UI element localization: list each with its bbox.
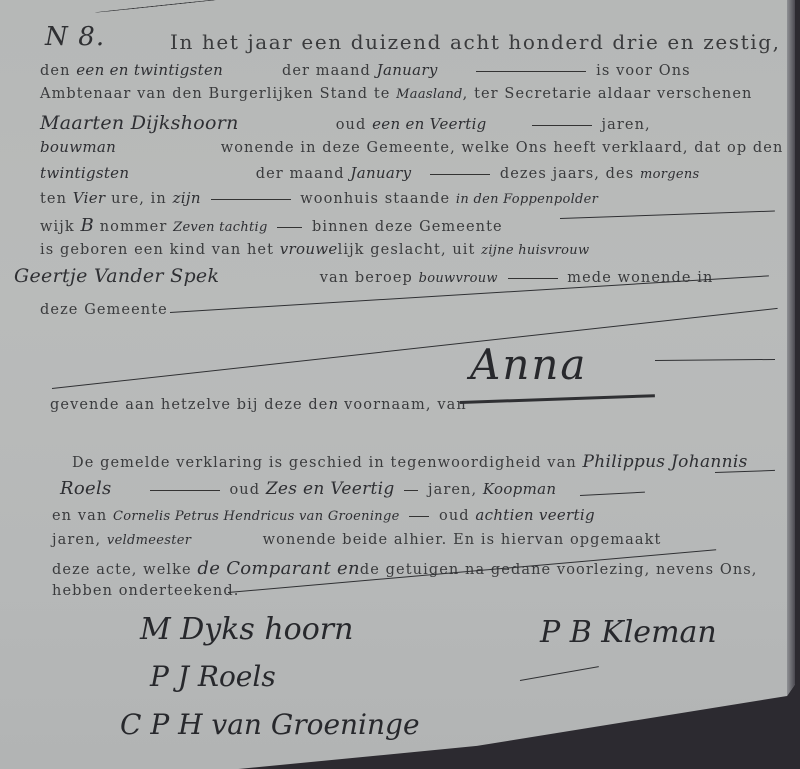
- page-edge: [787, 0, 795, 769]
- rule: [508, 278, 558, 279]
- line-14: en van Cornelis Petrus Hendricus van Gro…: [52, 506, 595, 524]
- hand-possessive: zijn: [173, 189, 201, 207]
- hand-time-of-day: morgens: [640, 167, 700, 182]
- hand-witness-1-age: Zes en Veertig: [266, 479, 395, 499]
- rule: [532, 125, 592, 126]
- hand-birth-day: twintigsten: [40, 164, 250, 182]
- child-first-name: Anna: [470, 340, 587, 389]
- fill-rule: [655, 359, 775, 361]
- hand-sex: vrouwe: [280, 240, 338, 258]
- line-1: den een en twintigsten der maand January…: [40, 61, 691, 79]
- document-page: N 8. In het jaar een duizend acht honder…: [0, 0, 795, 769]
- hand-witness-2-name: Cornelis Petrus Hendricus van Groeninge: [113, 509, 400, 524]
- hand-declarant-age: een en Veertig: [372, 115, 522, 133]
- rule: [430, 174, 490, 175]
- flourish: [95, 0, 234, 13]
- hand-place: Maasland: [396, 87, 463, 102]
- signature-father: M Dyks hoorn: [140, 612, 353, 647]
- line-8: is geboren een kind van het vrouwelijk g…: [40, 240, 589, 258]
- line-15: jaren, veldmeester wonende beide alhier.…: [52, 532, 661, 548]
- fill-rule: [560, 210, 775, 219]
- line-6: ten Vier ure, in zijn woonhuis staande i…: [40, 189, 598, 207]
- record-number: N 8.: [45, 22, 105, 52]
- hand-mother-occupation: bouwvrouw: [419, 271, 498, 286]
- hand-date-day: een en twintigsten: [76, 61, 276, 79]
- line-12: De gemelde verklaring is geschied in teg…: [72, 452, 748, 472]
- hand-birth-month: January: [350, 164, 420, 182]
- rule: [277, 227, 302, 228]
- strike-rule: [52, 308, 778, 389]
- hand-location: in den Foppenpolder: [456, 192, 598, 207]
- rule: [150, 490, 220, 491]
- hand-house-number: Zeven tachtig: [173, 220, 268, 235]
- line-9: Geertje Vander Spek van beroep bouwvrouw…: [14, 265, 713, 287]
- underline: [460, 394, 655, 404]
- line-13: Roels oud Zes en Veertig jaren, Koopman: [60, 478, 556, 499]
- signature-official: P B Kleman: [540, 615, 717, 650]
- hand-witness-1-surname: Roels: [60, 478, 140, 499]
- fill-rule: [580, 492, 645, 496]
- hand-spouse-ref: zijne huisvrouw: [481, 243, 589, 258]
- hand-witness-2-occupation: veldmeester: [107, 533, 257, 548]
- hand-declarant-name: Maarten Dijkshoorn: [40, 112, 330, 134]
- line-11: gevende aan hetzelve bij deze den voorna…: [50, 395, 467, 413]
- line-4: bouwman wonende in deze Gemeente, welke …: [40, 138, 783, 156]
- line-3: Maarten Dijkshoorn oud een en Veertig ja…: [40, 112, 651, 134]
- hand-witness-2-age: achtien veertig: [475, 506, 594, 524]
- hand-occupation: bouwman: [40, 138, 215, 156]
- rule: [476, 71, 586, 72]
- rule: [404, 490, 418, 491]
- heading: In het jaar een duizend acht honderd dri…: [170, 30, 781, 54]
- line-17: hebben onderteekend.: [52, 583, 239, 599]
- hand-mother-name: Geertje Vander Spek: [14, 265, 314, 287]
- hand-wijk: B: [80, 215, 94, 236]
- signature-witness-1: P J Roels: [150, 660, 276, 693]
- rule: [409, 516, 429, 517]
- rule: [211, 199, 291, 200]
- line-7: wijk B nommer Zeven tachtig binnen deze …: [40, 215, 503, 236]
- signature-witness-2: C P H van Groeninge: [120, 708, 420, 741]
- hand-witness-1-occupation: Koopman: [483, 480, 556, 498]
- hand-month: January: [377, 61, 467, 79]
- line-2: Ambtenaar van den Burgerlijken Stand te …: [40, 86, 752, 102]
- hand-hour: Vier: [73, 189, 106, 207]
- hand-comparant: de Comparant en: [197, 558, 359, 579]
- line-5: twintigsten der maand January dezes jaar…: [40, 164, 700, 182]
- hand-witness-1-name: Philippus Johannis: [583, 452, 748, 472]
- signature-flourish: [520, 666, 599, 681]
- line-10: deze Gemeente: [40, 302, 168, 318]
